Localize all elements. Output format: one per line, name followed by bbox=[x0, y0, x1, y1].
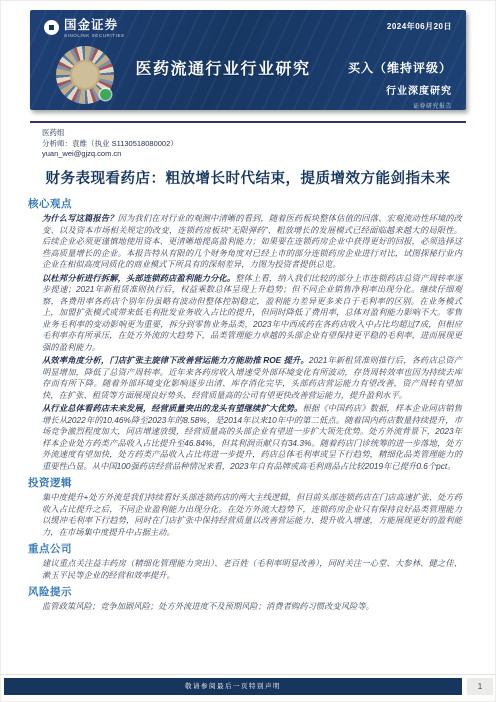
report-body: 核心观点 为什么写这篇报告？因为我们在对行业的观测中清晰的看到，随着医药板块整体… bbox=[28, 193, 468, 615]
report-type: 行业深度研究 bbox=[348, 82, 452, 97]
brand-subtitle: SINOLINK SECURITIES bbox=[64, 33, 125, 38]
section-heading-key-companies: 重点公司 bbox=[28, 541, 468, 556]
report-header-banner: 国金证券 SINOLINK SECURITIES 医药流通行业行业研究 2024… bbox=[30, 10, 466, 110]
section-investment-logic: 投资逻辑 集中度提升+处方外流是我们持续看好头部连锁药店的两大主线逻辑，但目前头… bbox=[28, 475, 468, 538]
analyst-block: 医药组 分析师：袁维（执业 S1130518080002） yuan_wei@g… bbox=[42, 128, 178, 160]
report-tag: 证券研究报告 bbox=[348, 101, 452, 110]
core-views-paragraph-4: 从行业总体看药店未来发展，经营质量突出的龙头有望继续扩大优势。根据《中国药店》数… bbox=[42, 403, 462, 472]
key-companies-paragraph: 建议重点关注益丰药房（精细化管理能力突出）、老百姓（毛利率明显改善），同时关注一… bbox=[42, 558, 462, 581]
page-number: 1 bbox=[467, 678, 493, 695]
core-views-paragraph-2: 以杜邦分析进行拆解，头部连锁药店盈利能力分化。整体上看，纳入我们比较的部分上市连… bbox=[42, 273, 462, 354]
paragraph-lead: 从效率角度分析，门店扩张主旋律下改善营运能力方能助推 ROE 提升。 bbox=[42, 355, 309, 365]
core-views-paragraph-3: 从效率角度分析，门店扩张主旋律下改善营运能力方能助推 ROE 提升。2021年新… bbox=[42, 355, 462, 401]
investment-logic-paragraph: 集中度提升+处方外流是我们持续看好头部连锁药店的两大主线逻辑，但目前头部连锁药店… bbox=[42, 492, 462, 538]
analyst-name-line: 分析师：袁维（执业 S1130518080002） bbox=[42, 139, 178, 150]
section-heading-investment-logic: 投资逻辑 bbox=[28, 475, 468, 490]
footer-divider-line bbox=[0, 674, 496, 675]
paragraph-lead: 以杜邦分析进行拆解，头部连锁药店盈利能力分化。 bbox=[42, 273, 235, 283]
section-core-views: 核心观点 为什么写这篇报告？因为我们在对行业的观测中清晰的看到，随着医药板块整体… bbox=[28, 196, 468, 472]
paragraph-text: 根据《中国药店》数据，样本企业同店销售增长从2022年的10.46%降至2023… bbox=[42, 403, 462, 471]
report-title: 医药流通行业行业研究 bbox=[100, 56, 346, 79]
paragraph-lead: 从行业总体看药店未来发展，经营质量突出的龙头有望继续扩大优势。 bbox=[42, 403, 302, 413]
header-separator-line bbox=[30, 121, 466, 123]
paragraph-text: 整体上看，纳入我们比较的部分上市连锁药店总资产周转率逐步提速；2021年新租赁准… bbox=[42, 273, 462, 352]
page-title: 财务表现看药店：粗放增长时代结束，提质增效方能剑指未来 bbox=[0, 167, 496, 188]
brand-name: 国金证券 bbox=[64, 19, 125, 32]
section-heading-core-views: 核心观点 bbox=[28, 196, 468, 211]
footer-disclaimer-bar: 敬请参阅最后一页特别声明 bbox=[4, 678, 462, 695]
section-risks: 风险提示 监管政策风险；竞争加剧风险；处方外流进度不及预期风险；消费者购药习惯改… bbox=[28, 584, 468, 613]
brand-text: 国金证券 SINOLINK SECURITIES bbox=[64, 19, 125, 38]
report-date: 2024年06月20日 bbox=[348, 21, 452, 32]
analyst-team: 医药组 bbox=[42, 128, 178, 139]
rating-badge: 买入（维持评级） bbox=[348, 59, 452, 76]
risks-paragraph: 监管政策风险；竞争加剧风险；处方外流进度不及预期风险；消费者购药习惯改变风险等。 bbox=[42, 601, 462, 613]
banner-right-block: 2024年06月20日 买入（维持评级） 行业深度研究 证券研究报告 bbox=[348, 21, 452, 110]
brand-block: 国金证券 SINOLINK SECURITIES bbox=[44, 19, 125, 38]
section-heading-risks: 风险提示 bbox=[28, 584, 468, 599]
analyst-email-link[interactable]: yuan_wei@gjzq.com.cn bbox=[42, 149, 121, 158]
paragraph-lead: 为什么写这篇报告？ bbox=[42, 213, 118, 223]
section-key-companies: 重点公司 建议重点关注益丰药房（精细化管理能力突出）、老百姓（毛利率明显改善），… bbox=[28, 541, 468, 581]
wechat-green-dot-icon bbox=[100, 89, 111, 100]
core-views-paragraph-1: 为什么写这篇报告？因为我们在对行业的观测中清晰的看到，随着医药板块整体估值的回落… bbox=[42, 213, 462, 271]
sinolink-coin-logo-icon bbox=[44, 20, 59, 35]
report-page: 国金证券 SINOLINK SECURITIES 医药流通行业行业研究 2024… bbox=[0, 0, 496, 702]
